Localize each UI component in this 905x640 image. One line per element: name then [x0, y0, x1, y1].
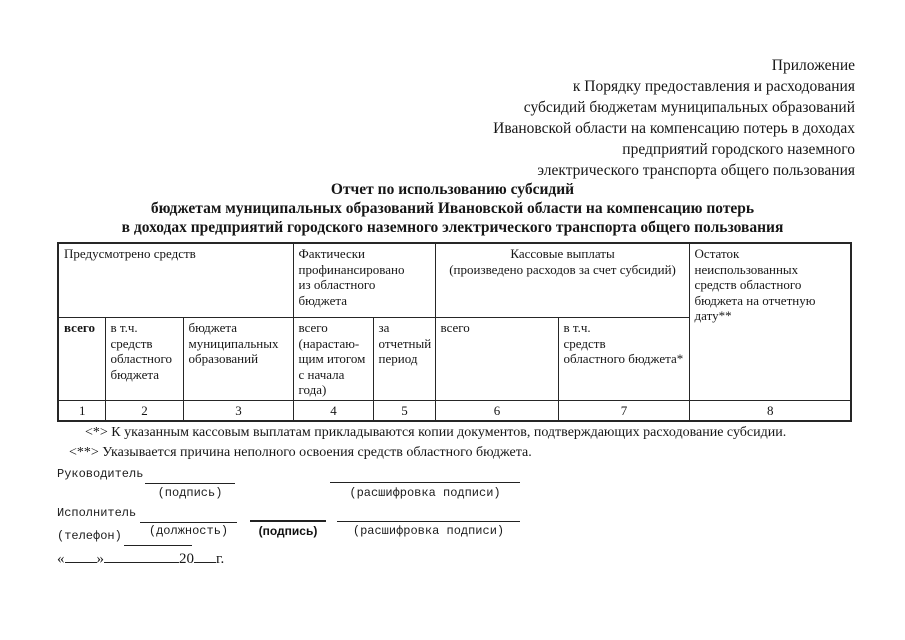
footnote-double-asterisk: <**> Указывается причина неполного освое…	[57, 443, 857, 463]
column-number-7: 7	[558, 400, 689, 421]
footnotes: <*> К указанным кассовым выплатам прикла…	[57, 423, 857, 462]
table-column-number-row: 1 2 3 4 5 6 7 8	[58, 400, 851, 421]
executor-signature-caption: (подпись)	[250, 520, 326, 538]
table-group-header-row: Предусмотрено средств Фактически профина…	[58, 243, 851, 318]
date-century: 20	[179, 551, 194, 567]
head-name-line	[330, 468, 520, 483]
report-title-line: Отчет по использованию субсидий	[0, 180, 905, 199]
appendix-line: предприятий городского наземного	[385, 139, 855, 160]
column-number-2: 2	[105, 400, 183, 421]
phone-label: (телефон)	[57, 529, 122, 543]
executor-name-line	[337, 507, 520, 522]
date-close-quote: »	[97, 551, 105, 567]
appendix-block: Приложение к Порядку предоставления и ра…	[385, 55, 855, 181]
phone-line	[124, 531, 192, 546]
appendix-line: Ивановской области на компенсацию потерь…	[385, 118, 855, 139]
date-line: «»20г.	[57, 549, 224, 568]
column-number-3: 3	[183, 400, 293, 421]
column-number-6: 6	[435, 400, 558, 421]
header-actually-financed: Фактически профинансировано из областног…	[293, 243, 435, 318]
subheader-incl-regional-budget: в т.ч. средств областного бюджета	[105, 318, 183, 401]
executor-role-label: Исполнитель	[57, 506, 136, 520]
subheader-total-cumulative: всего (нарастаю- щим итогом с начала год…	[293, 318, 373, 401]
subheader-reporting-period: за отчетный период	[373, 318, 435, 401]
head-role-label: Руководитель	[57, 467, 143, 481]
report-title: Отчет по использованию субсидий бюджетам…	[0, 180, 905, 237]
date-open-quote: «	[57, 551, 65, 567]
report-table: Предусмотрено средств Фактически профина…	[57, 242, 852, 422]
head-signature-caption: (подпись)	[141, 486, 239, 500]
subheader-cash-total: всего	[435, 318, 558, 401]
date-month-blank	[104, 549, 179, 563]
footnote-single-asterisk: <*> К указанным кассовым выплатам прикла…	[57, 423, 857, 443]
executor-name-caption: (расшифровка подписи)	[340, 524, 517, 538]
column-number-8: 8	[689, 400, 851, 421]
subheader-cash-incl-regional: в т.ч. средств областного бюджета*	[558, 318, 689, 401]
head-signature-line	[145, 469, 235, 484]
appendix-line: электрического транспорта общего пользов…	[385, 160, 855, 181]
appendix-line: Приложение	[385, 55, 855, 76]
report-title-line: в доходах предприятий городского наземно…	[0, 218, 905, 237]
header-provided-funds: Предусмотрено средств	[58, 243, 293, 318]
column-number-1: 1	[58, 400, 105, 421]
date-year-blank	[194, 549, 216, 563]
date-year-suffix: г.	[216, 551, 224, 567]
executor-position-line	[140, 508, 237, 523]
appendix-line: к Порядку предоставления и расходования	[385, 76, 855, 97]
column-number-4: 4	[293, 400, 373, 421]
subheader-total: всего	[58, 318, 105, 401]
header-cash-payments: Кассовые выплаты (произведено расходов з…	[435, 243, 689, 318]
header-unused-remainder: Остаток неиспользованных средств областн…	[689, 243, 851, 400]
column-number-5: 5	[373, 400, 435, 421]
head-name-caption: (расшифровка подписи)	[333, 486, 517, 500]
document-page: Приложение к Порядку предоставления и ра…	[0, 0, 905, 640]
report-title-line: бюджетам муниципальных образований Ивано…	[0, 199, 905, 218]
appendix-line: субсидий бюджетам муниципальных образова…	[385, 97, 855, 118]
subheader-municipal-budget: бюджета муниципальных образований	[183, 318, 293, 401]
date-day-blank	[65, 549, 97, 563]
